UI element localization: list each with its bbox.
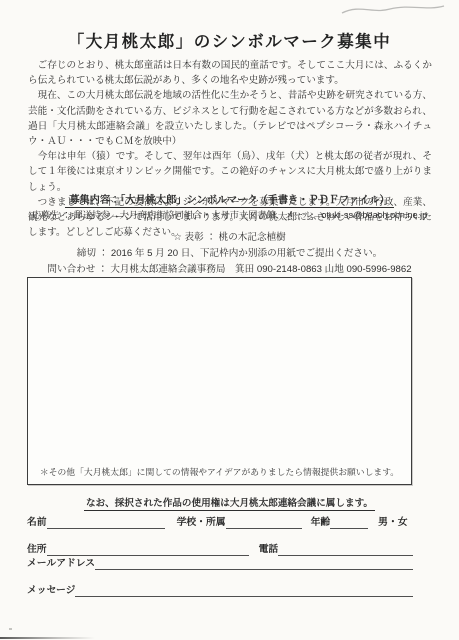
age-label: 年齢	[311, 516, 331, 529]
form-row-name-school-age: 名前 学校・所属 年齢 男・女	[27, 516, 413, 529]
name-label: 名前	[27, 516, 47, 529]
address-label: 住所	[27, 543, 47, 556]
bottom-edge-scan-artifact	[0, 637, 95, 640]
address-field-line	[47, 552, 249, 556]
paragraph-background: 現在、この大月桃太郎伝説を地域の活性化に生かそうと、昔話や史跡を研究されている方…	[28, 88, 432, 149]
phone-label: 電話	[259, 543, 279, 556]
message-label: メッセージ	[27, 584, 75, 597]
application-address-line: 応募先 ： 郵送持参→大月商店街協同組合・大月市立図書館、メール→otuki-s…	[0, 207, 459, 221]
school-label: 学校・所属	[177, 516, 226, 529]
usage-rights-note: なお、採択された作品の使用権は大月桃太郎連絡会議に属します。	[0, 495, 459, 509]
pencil-scan-artifact	[338, 1, 450, 19]
email-field-line	[95, 566, 413, 570]
scan-speck-artifact	[9, 628, 12, 630]
page-title: 「大月桃太郎」のシンボルマーク募集中	[0, 28, 459, 52]
phone-field-line	[278, 552, 413, 556]
scanned-flyer-page: 「大月桃太郎」のシンボルマーク募集中 ご存じのとおり、桃太郎童話は日本有数の国民…	[0, 0, 459, 640]
deadline-line: 締切 ： 2016 年 5 月 20 日、下記枠内か別添の用紙でご提出ください。	[0, 245, 459, 259]
award-line: ☆ 表彰 ： 桃の木記念植樹	[0, 229, 459, 243]
symbol-mark-entry-box: ＊その他「大月桃太郎」に関しての情報やアイデアがありましたら情報提供お願いします…	[27, 277, 412, 485]
school-field-line	[226, 525, 302, 529]
name-field-line	[47, 525, 165, 529]
email-label: メールアドレス	[27, 557, 95, 570]
paragraph-intro: ご存じのとおり、桃太郎童話は日本有数の国民的童話です。そしてここ大月には、ふるく…	[28, 58, 432, 88]
usage-rights-text: なお、採択された作品の使用権は大月桃太郎連絡会議に属します。	[84, 498, 375, 511]
form-row-message: メッセージ	[27, 584, 413, 597]
entry-box-note: ＊その他「大月桃太郎」に関しての情報やアイデアがありましたら情報提供お願いします…	[28, 465, 411, 478]
form-row-address-phone: 住所 電話	[27, 543, 413, 556]
message-field-line	[75, 593, 413, 597]
contact-line: 問い合わせ ： 大月桃太郎連絡会議事務局 箕田 090-2148-0863 山地…	[0, 261, 459, 275]
age-field-line	[330, 525, 368, 529]
gender-label: 男・女	[378, 516, 407, 529]
paragraph-zodiac: 今年は申年（猿）です。そして、翌年は酉年（鳥）、戌年（犬）と桃太郎の従者が現れ、…	[28, 149, 432, 195]
form-row-email: メールアドレス	[27, 557, 413, 570]
recruit-content-line: 募集内容：「大月桃太郎」シンボルマーク（手書き・ＰＤＦファイル）	[0, 191, 459, 206]
